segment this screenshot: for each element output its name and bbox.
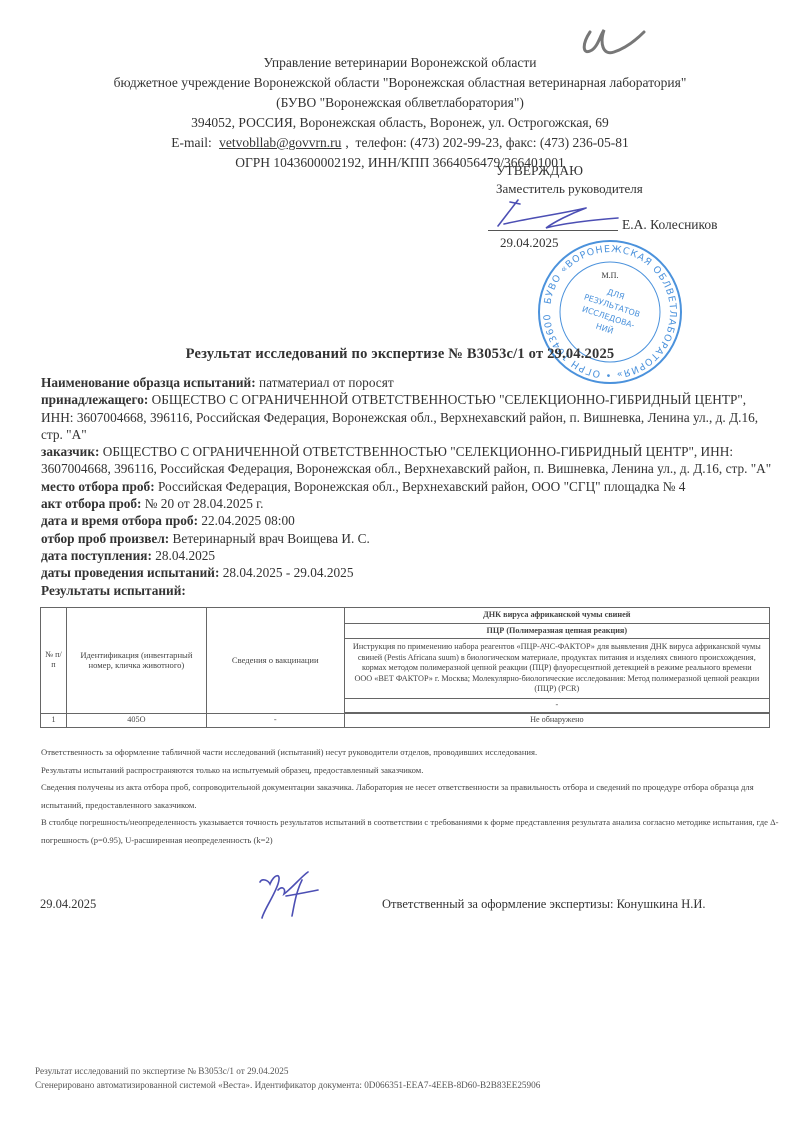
header-num: № п/п — [41, 608, 67, 714]
footer-date: 29.04.2025 — [40, 897, 96, 912]
note-3: Сведения получены из акта отбора проб, с… — [41, 779, 781, 814]
field-test-dates: даты проведения испытаний: 28.04.2025 - … — [41, 564, 776, 581]
footer-responsible: Ответственный за оформление экспертизы: … — [382, 897, 706, 912]
document-footer: Результат исследований по экспертизе № В… — [35, 1064, 540, 1092]
field-sample-name: Наименование образца испытаний: патматер… — [41, 374, 776, 391]
disclaimer-notes: Ответственность за оформление табличной … — [41, 744, 781, 849]
header-instruction: Инструкция по применению набора реагенто… — [344, 639, 769, 699]
sample-details: Наименование образца испытаний: патматер… — [41, 374, 776, 599]
header-vaccination: Сведения о вакцинации — [206, 608, 344, 714]
footer-doc-id: Сгенерировано автоматизированной системо… — [35, 1078, 540, 1092]
row-num: 1 — [41, 713, 67, 727]
phone-fax: телефон: (473) 202-99-23, факс: (473) 23… — [356, 135, 629, 150]
responsible-signature — [252, 870, 332, 920]
header-contacts: E-mail: vetvobllab@govvrn.ru, телефон: (… — [0, 133, 800, 153]
stamp-mp: М.П. — [602, 271, 619, 280]
note-1: Ответственность за оформление табличной … — [41, 744, 781, 762]
results-heading: Результаты испытаний: — [41, 582, 776, 599]
row-result: Не обнаружено — [344, 713, 769, 727]
org-header: Управление ветеринарии Воронежской облас… — [0, 53, 800, 173]
field-customer: заказчик: ОБЩЕСТВО С ОГРАНИЧЕННОЙ ОТВЕТС… — [41, 443, 776, 478]
header-ident: Идентификация (инвентарный номер, кличка… — [66, 608, 206, 714]
row-vaccination: - — [206, 713, 344, 727]
signature-line — [488, 230, 618, 231]
field-received: дата поступления: 28.04.2025 — [41, 547, 776, 564]
approver-signature — [490, 196, 620, 232]
approval-title: УТВЕРЖДАЮ — [496, 162, 583, 180]
field-sampling-act: акт отбора проб: № 20 от 28.04.2025 г. — [41, 495, 776, 512]
field-owner: принадлежащего: ОБЩЕСТВО С ОГРАНИЧЕННОЙ … — [41, 391, 776, 443]
header-address: 394052, РОССИЯ, Воронежская область, Вор… — [0, 113, 800, 133]
document-title: Результат исследований по экспертизе № В… — [0, 346, 800, 363]
field-sampled-by: отбор проб произвел: Ветеринарный врач В… — [41, 530, 776, 547]
note-4: В столбце погрешность/неопределенность у… — [41, 814, 781, 849]
header-org-name: бюджетное учреждение Воронежской области… — [0, 73, 800, 93]
header-ministry: Управление ветеринарии Воронежской облас… — [0, 53, 800, 73]
header-org-short: (БУВО "Воронежская облветлаборатория") — [0, 93, 800, 113]
field-sampling-datetime: дата и время отбора проб: 22.04.2025 08:… — [41, 512, 776, 529]
row-ident: 405О — [66, 713, 206, 727]
header-target: ДНК вируса африканской чумы свиней — [344, 608, 769, 624]
results-table: № п/п Идентификация (инвентарный номер, … — [40, 607, 770, 728]
footer-doc-ref: Результат исследований по экспертизе № В… — [35, 1064, 540, 1078]
email-link[interactable]: vetvobllab@govvrn.ru — [219, 135, 341, 150]
approver-name: Е.А. Колесников — [622, 216, 718, 234]
official-stamp: БУВО «ВОРОНЕЖСКАЯ ОБЛВЕТЛАБОРАТОРИЯ» • О… — [536, 238, 684, 386]
table-row: 1 405О - Не обнаружено — [41, 713, 770, 727]
header-method: ПЦР (Полимеразная цепная реакция) — [344, 624, 769, 639]
email-label: E-mail: — [171, 135, 212, 150]
field-sampling-place: место отбора проб: Российская Федерация,… — [41, 478, 776, 495]
table-header-row: № п/п Идентификация (инвентарный номер, … — [41, 608, 770, 624]
header-registration: ОГРН 1043600002192, ИНН/КПП 3664056479/3… — [0, 153, 800, 173]
note-2: Результаты испытаний распространяются то… — [41, 762, 781, 780]
header-uncertainty: - — [344, 698, 769, 712]
